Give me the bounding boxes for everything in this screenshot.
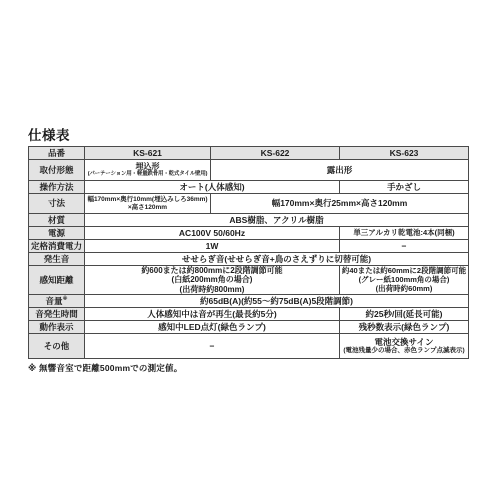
- cell-line: (白紙200mm角の場合): [86, 275, 338, 284]
- cell-line: 手かざし: [341, 182, 467, 192]
- cell-line: 約65dB(A)(約55〜約75dB(A)5段階調節): [86, 296, 467, 306]
- spec-cell-dimensions-ks622-623: 幅170mm×奥行25mm×高さ120mm: [211, 194, 469, 214]
- spec-cell-mounting-ks621: 埋込形 (パーテーション用・軽量鉄骨用・乾式タイル壁用): [85, 160, 211, 181]
- spec-cell-dimensions-ks621: 幅170mm×奥行10mm(埋込みしろ36mm) ×高さ120mm: [85, 194, 211, 214]
- cell-line: 幅170mm×奥行10mm(埋込みしろ36mm): [86, 196, 209, 204]
- spec-cell-detection-ks621-622: 約600または約800mmに2段階調節可能 (白紙200mm角の場合) (出荷時…: [85, 266, 340, 295]
- cell-line: −: [341, 241, 467, 251]
- row-label-mounting: 取付形態: [29, 160, 85, 181]
- cell-line: 電池交換サイン: [341, 337, 467, 347]
- cell-line: −: [86, 341, 338, 351]
- column-header-ks623: KS-623: [340, 147, 469, 160]
- volume-footnote-mark: ※: [63, 296, 68, 302]
- row-label-rated-consumption: 定格消費電力: [29, 240, 85, 253]
- cell-line: 露出形: [212, 165, 467, 175]
- table-row-operation: 操作方法 オート(人体感知) 手かざし: [29, 181, 469, 194]
- table-row-volume: 音量※ 約65dB(A)(約55〜約75dB(A)5段階調節): [29, 295, 469, 308]
- spec-sheet-page: 仕様表 品番 KS-621 KS-622 KS-623 取付形態 埋込形 (パー…: [0, 0, 500, 500]
- row-label-material: 材質: [29, 214, 85, 227]
- cell-line: 単三アルカリ乾電池:4本(同梱): [341, 229, 467, 238]
- cell-line: (パーテーション用・軽量鉄骨用・乾式タイル壁用): [86, 171, 209, 177]
- cell-line: (出荷時約800mm): [86, 285, 338, 294]
- column-header-ks622: KS-622: [211, 147, 340, 160]
- row-label-operation: 操作方法: [29, 181, 85, 194]
- row-label-hinban: 品番: [29, 147, 85, 160]
- cell-line: 残秒数表示(緑色ランプ): [341, 322, 467, 332]
- row-label-operation-display: 動作表示: [29, 321, 85, 334]
- table-row-operation-display: 動作表示 感知中LED点灯(緑色ランプ) 残秒数表示(緑色ランプ): [29, 321, 469, 334]
- spec-cell-detection-ks623: 約40または約60mmに2段階調節可能 (グレー紙100mm角の場合) (出荷時…: [340, 266, 469, 295]
- cell-line: オート(人体感知): [86, 182, 338, 192]
- spec-cell-duration-ks623: 約25秒/回(延長可能): [340, 308, 469, 321]
- table-row-sound: 発生音 せせらぎ音(せせらぎ音+鳥のさえずりに切替可能): [29, 253, 469, 266]
- cell-line: 1W: [86, 241, 338, 251]
- spec-cell-operation-ks623: 手かざし: [340, 181, 469, 194]
- table-header-row: 品番 KS-621 KS-622 KS-623: [29, 147, 469, 160]
- spec-cell-consumption-ks623: −: [340, 240, 469, 253]
- row-label-detection-distance: 感知距離: [29, 266, 85, 295]
- table-row-dimensions: 寸法 幅170mm×奥行10mm(埋込みしろ36mm) ×高さ120mm 幅17…: [29, 194, 469, 214]
- cell-line: (電池残量少の場合、赤色ランプ点滅表示): [341, 347, 467, 355]
- cell-line: ×高さ120mm: [86, 204, 209, 212]
- spec-table: 品番 KS-621 KS-622 KS-623 取付形態 埋込形 (パーテーショ…: [28, 146, 469, 359]
- row-label-sound-duration: 音発生時間: [29, 308, 85, 321]
- footnote: ※ 無響音室で距離500mmでの測定値。: [28, 362, 182, 374]
- cell-line: せせらぎ音(せせらぎ音+鳥のさえずりに切替可能): [86, 254, 467, 264]
- spec-cell-sound-all: せせらぎ音(せせらぎ音+鳥のさえずりに切替可能): [85, 253, 469, 266]
- spec-cell-power-ks623: 単三アルカリ乾電池:4本(同梱): [340, 227, 469, 240]
- spec-cell-volume-all: 約65dB(A)(約55〜約75dB(A)5段階調節): [85, 295, 469, 308]
- spec-cell-mounting-ks622-623: 露出形: [211, 160, 469, 181]
- cell-line: (出荷時約60mm): [341, 285, 467, 294]
- row-label-dimensions: 寸法: [29, 194, 85, 214]
- cell-line: 約25秒/回(延長可能): [341, 309, 467, 319]
- row-label-power: 電源: [29, 227, 85, 240]
- table-row-sound-duration: 音発生時間 人体感知中は音が再生(最長約5分) 約25秒/回(延長可能): [29, 308, 469, 321]
- spec-cell-power-ks621-622: AC100V 50/60Hz: [85, 227, 340, 240]
- cell-line: 幅170mm×奥行25mm×高さ120mm: [212, 198, 467, 208]
- spec-cell-display-ks623: 残秒数表示(緑色ランプ): [340, 321, 469, 334]
- spec-cell-material-all: ABS樹脂、アクリル樹脂: [85, 214, 469, 227]
- cell-line: ABS樹脂、アクリル樹脂: [86, 215, 467, 225]
- row-label-other: その他: [29, 334, 85, 359]
- cell-line: 人体感知中は音が再生(最長約5分): [86, 309, 338, 319]
- table-row-other: その他 − 電池交換サイン (電池残量少の場合、赤色ランプ点滅表示): [29, 334, 469, 359]
- row-label-sound: 発生音: [29, 253, 85, 266]
- page-title: 仕様表: [28, 124, 70, 144]
- spec-cell-other-ks623: 電池交換サイン (電池残量少の場合、赤色ランプ点滅表示): [340, 334, 469, 359]
- spec-cell-operation-ks621-622: オート(人体感知): [85, 181, 340, 194]
- table-row-power: 電源 AC100V 50/60Hz 単三アルカリ乾電池:4本(同梱): [29, 227, 469, 240]
- column-header-ks621: KS-621: [85, 147, 211, 160]
- spec-cell-display-ks621-622: 感知中LED点灯(緑色ランプ): [85, 321, 340, 334]
- row-label-volume-text: 音量: [46, 296, 63, 306]
- spec-cell-consumption-ks621-622: 1W: [85, 240, 340, 253]
- table-row-detection-distance: 感知距離 約600または約800mmに2段階調節可能 (白紙200mm角の場合)…: [29, 266, 469, 295]
- cell-line: AC100V 50/60Hz: [86, 228, 338, 238]
- cell-line: 感知中LED点灯(緑色ランプ): [86, 322, 338, 332]
- spec-cell-duration-ks621-622: 人体感知中は音が再生(最長約5分): [85, 308, 340, 321]
- table-row-material: 材質 ABS樹脂、アクリル樹脂: [29, 214, 469, 227]
- table-row-rated-consumption: 定格消費電力 1W −: [29, 240, 469, 253]
- spec-cell-other-ks621-622: −: [85, 334, 340, 359]
- table-row-mounting: 取付形態 埋込形 (パーテーション用・軽量鉄骨用・乾式タイル壁用) 露出形: [29, 160, 469, 181]
- row-label-volume: 音量※: [29, 295, 85, 308]
